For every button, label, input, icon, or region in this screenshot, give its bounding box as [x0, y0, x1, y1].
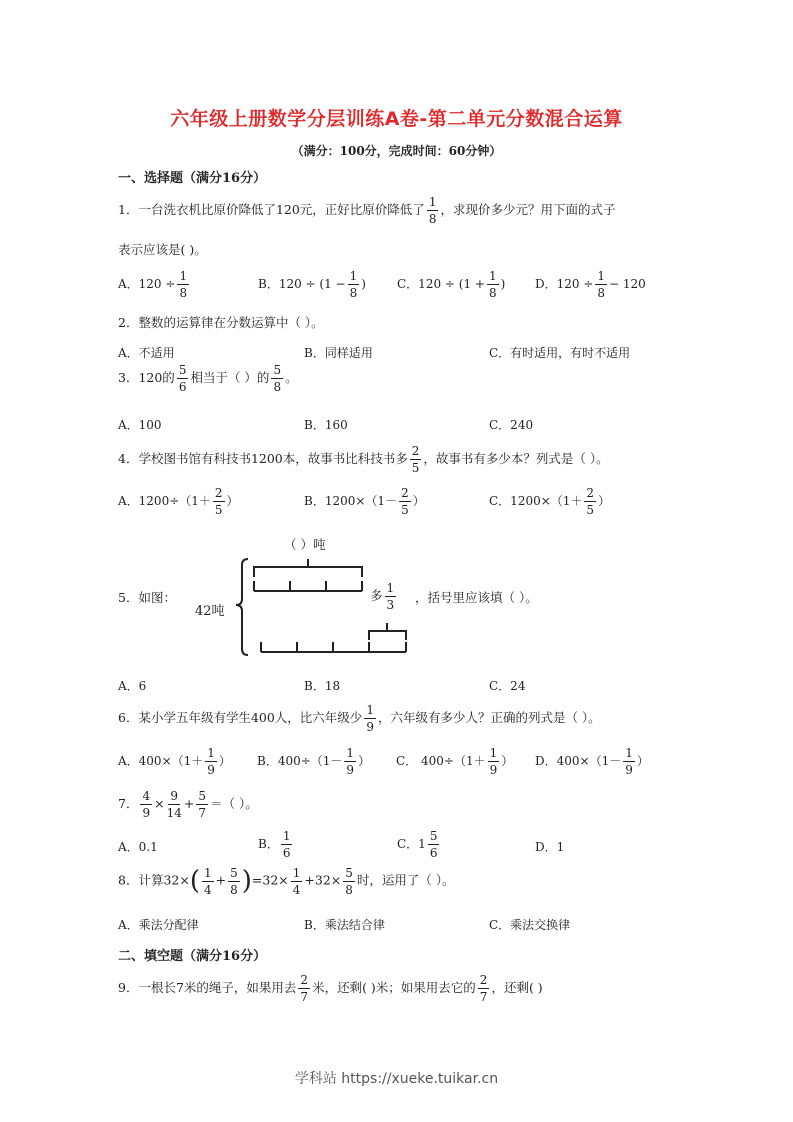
q6-option-d[interactable]: D．400×（1－19） — [535, 747, 649, 776]
fraction: 25 — [410, 445, 422, 474]
q7-option-d[interactable]: D．1 — [535, 838, 564, 855]
q4-option-b[interactable]: B．1200×（1－25） — [304, 487, 425, 516]
q2-option-a[interactable]: A．不适用 — [118, 344, 175, 361]
diagram-top-label: （ ）吨 — [284, 535, 325, 553]
q8-option-b[interactable]: B．乘法结合律 — [304, 916, 385, 933]
q1-text-2: ，求现价多少元？用下面的式子 — [440, 202, 615, 217]
q7-option-c[interactable]: C．156 — [397, 830, 441, 859]
q2-option-c[interactable]: C．有时适用，有时不适用 — [489, 344, 630, 361]
q7-option-a[interactable]: A．0.1 — [118, 838, 158, 855]
question-1-line2: 表示应该是( )。 — [118, 240, 207, 258]
question-2: 2．整数的运算律在分数运算中（ ）。 — [118, 313, 324, 331]
q3-option-b[interactable]: B．160 — [304, 416, 348, 433]
q5-option-a[interactable]: A．6 — [118, 677, 146, 694]
diagram-total-label: 42吨 — [195, 600, 225, 619]
fraction: 56 — [177, 364, 189, 393]
q3-option-c[interactable]: C．240 — [489, 416, 533, 433]
q2-option-b[interactable]: B．同样适用 — [304, 344, 373, 361]
question-4: 4．学校图书馆有科技书1200本，故事书比科技书多25，故事书有多少本？列式是（… — [118, 445, 609, 474]
question-5-label: 5．如图： — [118, 588, 176, 606]
q8-option-a[interactable]: A．乘法分配律 — [118, 916, 199, 933]
question-8: 8．计算32×(14+58)=32×14+32×58时，运用了（ ）。 — [118, 866, 455, 896]
diagram-more-label: 多13 — [370, 582, 398, 611]
q3-option-a[interactable]: A．100 — [118, 416, 162, 433]
question-1: 1．一台洗衣机比原价降低了120元，正好比原价降低了18，求现价多少元？用下面的… — [118, 196, 615, 225]
q6-option-c[interactable]: C． 400÷（1＋19） — [396, 747, 513, 776]
q8-option-c[interactable]: C．乘法交换律 — [489, 916, 570, 933]
q1-option-c[interactable]: C．120 ÷ (1 +18) — [397, 270, 505, 299]
fraction: 18 — [427, 196, 439, 225]
question-7: 7．49×914+57＝（ ）。 — [118, 790, 258, 819]
q6-option-a[interactable]: A．400×（1＋19） — [118, 747, 231, 776]
q6-option-b[interactable]: B．400÷（1－19） — [257, 747, 370, 776]
fraction: 58 — [271, 364, 283, 393]
question-5-text: ，括号里应该填（ ）。 — [415, 588, 538, 606]
q1-option-b[interactable]: B．120 ÷ (1 −18) — [258, 270, 366, 299]
page-title: 六年级上册数学分层训练A卷-第二单元分数混合运算 — [0, 104, 793, 131]
q4-option-a[interactable]: A．1200÷（1＋25） — [118, 487, 239, 516]
q5-option-c[interactable]: C．24 — [489, 677, 525, 694]
q1-option-a[interactable]: A．120 ÷18 — [118, 270, 191, 299]
q5-option-b[interactable]: B．18 — [304, 677, 340, 694]
question-9: 9．一根长7米的绳子，如果用去27米，还剩( )米；如果用去它的27，还剩( ) — [118, 974, 543, 1003]
question-6: 6．某小学五年级有学生400人，比六年级少19，六年级有多少人？正确的列式是（ … — [118, 704, 601, 733]
exam-info: （满分：100分，完成时间：60分钟） — [0, 142, 793, 159]
brace-icon — [236, 559, 248, 655]
q1-option-d[interactable]: D．120 ÷18− 120 — [535, 270, 646, 299]
q1-text: 1．一台洗衣机比原价降低了120元，正好比原价降低了 — [118, 202, 425, 217]
q7-option-b[interactable]: B．16 — [258, 830, 294, 859]
q4-option-c[interactable]: C．1200×（1＋25） — [489, 487, 610, 516]
question-3: 3．120的56相当于（ ）的58。 — [118, 364, 298, 393]
section-heading-choice: 一、选择题（满分16分） — [118, 167, 266, 186]
section-heading-fill: 二、填空题（满分16分） — [118, 945, 266, 964]
footer-watermark: 学科站 https://xueke.tuikar.cn — [0, 1068, 793, 1088]
fraction: 19 — [364, 704, 376, 733]
